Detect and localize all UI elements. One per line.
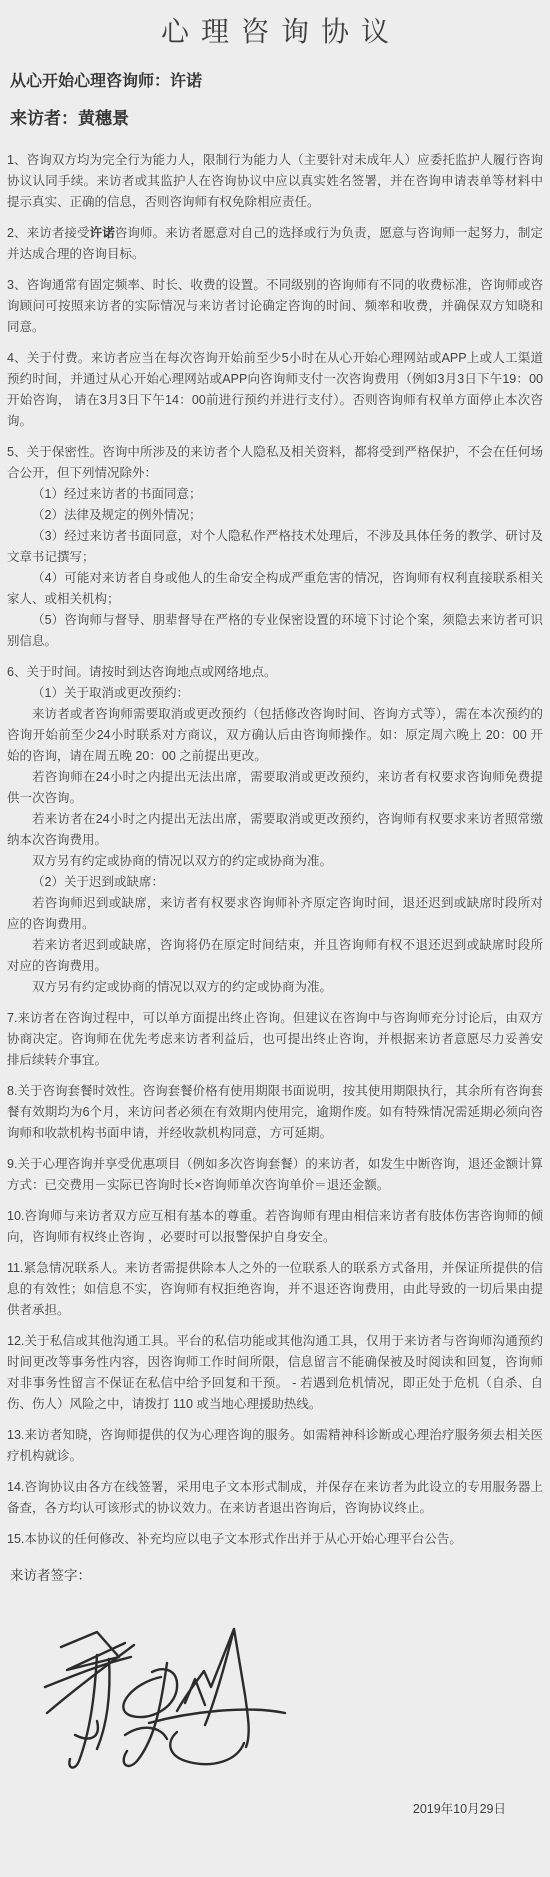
signature-stroke <box>149 1709 285 1722</box>
clause-paragraph: 若来访者迟到或缺席，咨询将仍在原定时间结束，并且咨询师有权不退还迟到或缺席时段所… <box>7 935 543 977</box>
clause-paragraph: （1）经过来访者的书面同意； <box>7 484 543 505</box>
clause-text: 14.咨询协议由各方在线签署，采用电子文本形式制成，并保存在来访者为此设立的专用… <box>7 1480 543 1515</box>
clause-text: 9.关于心理咨询并享受优惠项目（例如多次咨询套餐）的来访者，如发生中断咨询，退还… <box>7 1157 543 1192</box>
clauses-list: 1、咨询双方均为完全行为能力人，限制行为能力人（主要针对未成年人）应委托监护人履… <box>7 150 543 1550</box>
clause-paragraph: 2、来访者接受许诺咨询师。来访者愿意对自己的选择或行为负责，愿意与咨询师一起努力… <box>7 223 543 265</box>
clause-paragraph: 4、关于付费。来访者应当在每次咨询开始前至少5小时在从心开始心理网站或APP上或… <box>7 348 543 432</box>
clause-paragraph: 1、咨询双方均为完全行为能力人，限制行为能力人（主要针对未成年人）应委托监护人履… <box>7 150 543 213</box>
signature-stroke <box>47 1645 134 1713</box>
clause-text: 10.咨询师与来访者双方应互相有基本的尊重。若咨询师有理由相信来访者有肢体伤害咨… <box>7 1209 543 1244</box>
clause-paragraph: 12.关于私信或其他沟通工具。平台的私信功能或其他沟通工具，仅用于来访者与咨询师… <box>7 1331 543 1415</box>
clause-text: （1）经过来访者的书面同意； <box>32 487 201 501</box>
clause-paragraph: 10.咨询师与来访者双方应互相有基本的尊重。若咨询师有理由相信来访者有肢体伤害咨… <box>7 1206 543 1248</box>
clause-paragraph: 3、咨询通常有固定频率、时长、收费的设置。不同级别的咨询师有不同的收费标准，咨询… <box>7 275 543 338</box>
clause-text: 双方另有约定或协商的情况以双方的约定或协商为准。 <box>32 980 332 994</box>
client-signature <box>37 1613 287 1775</box>
clause-text: 1、咨询双方均为完全行为能力人，限制行为能力人（主要针对未成年人）应委托监护人履… <box>7 153 543 209</box>
signature-stroke <box>125 1727 167 1738</box>
page-title: 心理咨询协议 <box>7 14 543 50</box>
clause-text: 2、来访者接受 <box>7 226 90 240</box>
signature-stroke <box>177 1629 249 1747</box>
clause-paragraph: 9.关于心理咨询并享受优惠项目（例如多次咨询套餐）的来访者，如发生中断咨询，退还… <box>7 1154 543 1196</box>
client-line: 来访者：黄穗景 <box>10 108 543 130</box>
clause-paragraph: 8.关于咨询套餐时效性。咨询套餐价格有使用期限书面说明，按其使用期限执行，其余所… <box>7 1081 543 1144</box>
clause-text: （1）关于取消或更改预约： <box>32 686 189 700</box>
clause-text: 13.来访者知晓，咨询师提供的仅为心理咨询的服务。如需精神科诊断或心理治疗服务须… <box>7 1428 543 1463</box>
clause-text: 15.本协议的任何修改、补充均应以电子文本形式作出并于从心开始心理平台公告。 <box>7 1532 462 1546</box>
signature-stroke <box>170 1732 244 1764</box>
counselor-line: 从心开始心理咨询师：许诺 <box>10 72 543 93</box>
clause-paragraph: 15.本协议的任何修改、补充均应以电子文本形式作出并于从心开始心理平台公告。 <box>7 1529 543 1550</box>
clause-text: 来访者或者咨询师需要取消或更改预约（包括修改咨询时间、咨询方式等），需在本次预约… <box>7 707 543 763</box>
clause-paragraph: 5、关于保密性。咨询中所涉及的来访者个人隐私及相关资料，都将受到严格保护，不会在… <box>7 442 543 484</box>
clause-paragraph: 若咨询师在24小时之内提出无法出席，需要取消或更改预约，来访者有权要求咨询师免费… <box>7 767 543 809</box>
clause-text: 11.紧急情况联系人。来访者需提供除本人之外的一位联系人的联系方式备用，并保证所… <box>7 1261 543 1317</box>
clause-text: （2）关于迟到或缺席： <box>32 875 164 889</box>
clause-paragraph: （2）法律及规定的例外情况； <box>7 505 543 526</box>
clause-paragraph: 双方另有约定或协商的情况以双方的约定或协商为准。 <box>7 851 543 872</box>
signature-label: 来访者签字： <box>10 1566 543 1586</box>
clause-paragraph: 双方另有约定或协商的情况以双方的约定或协商为准。 <box>7 977 543 998</box>
clause-paragraph: 来访者或者咨询师需要取消或更改预约（包括修改咨询时间、咨询方式等），需在本次预约… <box>7 704 543 767</box>
clause-paragraph: 6、关于时间。请按时到达咨询地点或网络地点。 <box>7 662 543 683</box>
clause-paragraph: 11.紧急情况联系人。来访者需提供除本人之外的一位联系人的联系方式备用，并保证所… <box>7 1258 543 1321</box>
clause-paragraph: （3）经过来访者书面同意，对个人隐私作严格技术处理后，不涉及具体任务的教学、研讨… <box>7 526 543 568</box>
signature-stroke <box>61 1632 125 1670</box>
clause-paragraph: 若来访者在24小时之内提出无法出席，需要取消或更改预约，咨询师有权要求来访者照常… <box>7 809 543 851</box>
clause-text: 12.关于私信或其他沟通工具。平台的私信功能或其他沟通工具，仅用于来访者与咨询师… <box>7 1334 543 1411</box>
clause-text: 5、关于保密性。咨询中所涉及的来访者个人隐私及相关资料，都将受到严格保护，不会在… <box>7 445 543 480</box>
clause-text: （5）咨询师与督导、朋辈督导在严格的专业保密设置的环境下讨论个案，须隐去来访者可… <box>7 613 543 648</box>
clause-paragraph: （1）关于取消或更改预约： <box>7 683 543 704</box>
clause-text: 双方另有约定或协商的情况以双方的约定或协商为准。 <box>32 854 332 868</box>
clause-paragraph: （2）关于迟到或缺席： <box>7 872 543 893</box>
clause-paragraph: 7.来访者在咨询过程中，可以单方面提出终止咨询。但建议在咨询中与咨询师充分讨论后… <box>7 1008 543 1071</box>
clause-text: （2）法律及规定的例外情况； <box>32 508 201 522</box>
clause-paragraph: （5）咨询师与督导、朋辈督导在严格的专业保密设置的环境下讨论个案，须隐去来访者可… <box>7 610 543 652</box>
clause-bold-text: 许诺 <box>90 226 115 240</box>
clause-text: 若咨询师迟到或缺席，来访者有权要求咨询师补齐原定咨询时间，退还迟到或缺席时段所对… <box>7 896 543 931</box>
clause-paragraph: 14.咨询协议由各方在线签署，采用电子文本形式制成，并保存在来访者为此设立的专用… <box>7 1477 543 1519</box>
signature-stroke <box>123 1669 177 1717</box>
clause-paragraph: 13.来访者知晓，咨询师提供的仅为心理咨询的服务。如需精神科诊断或心理治疗服务须… <box>7 1425 543 1467</box>
clause-text: 3、咨询通常有固定频率、时长、收费的设置。不同级别的咨询师有不同的收费标准，咨询… <box>7 278 543 334</box>
agreement-document: 心理咨询协议 从心开始心理咨询师：许诺 来访者：黄穗景 1、咨询双方均为完全行为… <box>0 0 550 1877</box>
agreement-date: 2019年10月29日 <box>7 1801 543 1817</box>
clause-paragraph: 若咨询师迟到或缺席，来访者有权要求咨询师补齐原定咨询时间，退还迟到或缺席时段所对… <box>7 893 543 935</box>
clause-text: 若来访者迟到或缺席，咨询将仍在原定时间结束，并且咨询师有权不退还迟到或缺席时段所… <box>7 938 543 973</box>
clause-text: 若来访者在24小时之内提出无法出席，需要取消或更改预约，咨询师有权要求来访者照常… <box>7 812 543 847</box>
clause-text: 6、关于时间。请按时到达咨询地点或网络地点。 <box>7 665 276 679</box>
clause-text: 8.关于咨询套餐时效性。咨询套餐价格有使用期限书面说明，按其使用期限执行，其余所… <box>7 1084 543 1140</box>
signature-image <box>37 1613 287 1775</box>
clause-text: 若咨询师在24小时之内提出无法出席，需要取消或更改预约，来访者有权要求咨询师免费… <box>7 770 543 805</box>
clause-text: （3）经过来访者书面同意，对个人隐私作严格技术处理后，不涉及具体任务的教学、研讨… <box>7 529 543 564</box>
clause-text: 4、关于付费。来访者应当在每次咨询开始前至少5小时在从心开始心理网站或APP上或… <box>7 351 543 428</box>
clause-text: （4）可能对来访者自身或他人的生命安全构成严重危害的情况，咨询师有权利直接联系相… <box>7 571 543 606</box>
clause-text: 7.来访者在咨询过程中，可以单方面提出终止咨询。但建议在咨询中与咨询师充分讨论后… <box>7 1011 543 1067</box>
clause-paragraph: （4）可能对来访者自身或他人的生命安全构成严重危害的情况，咨询师有权利直接联系相… <box>7 568 543 610</box>
